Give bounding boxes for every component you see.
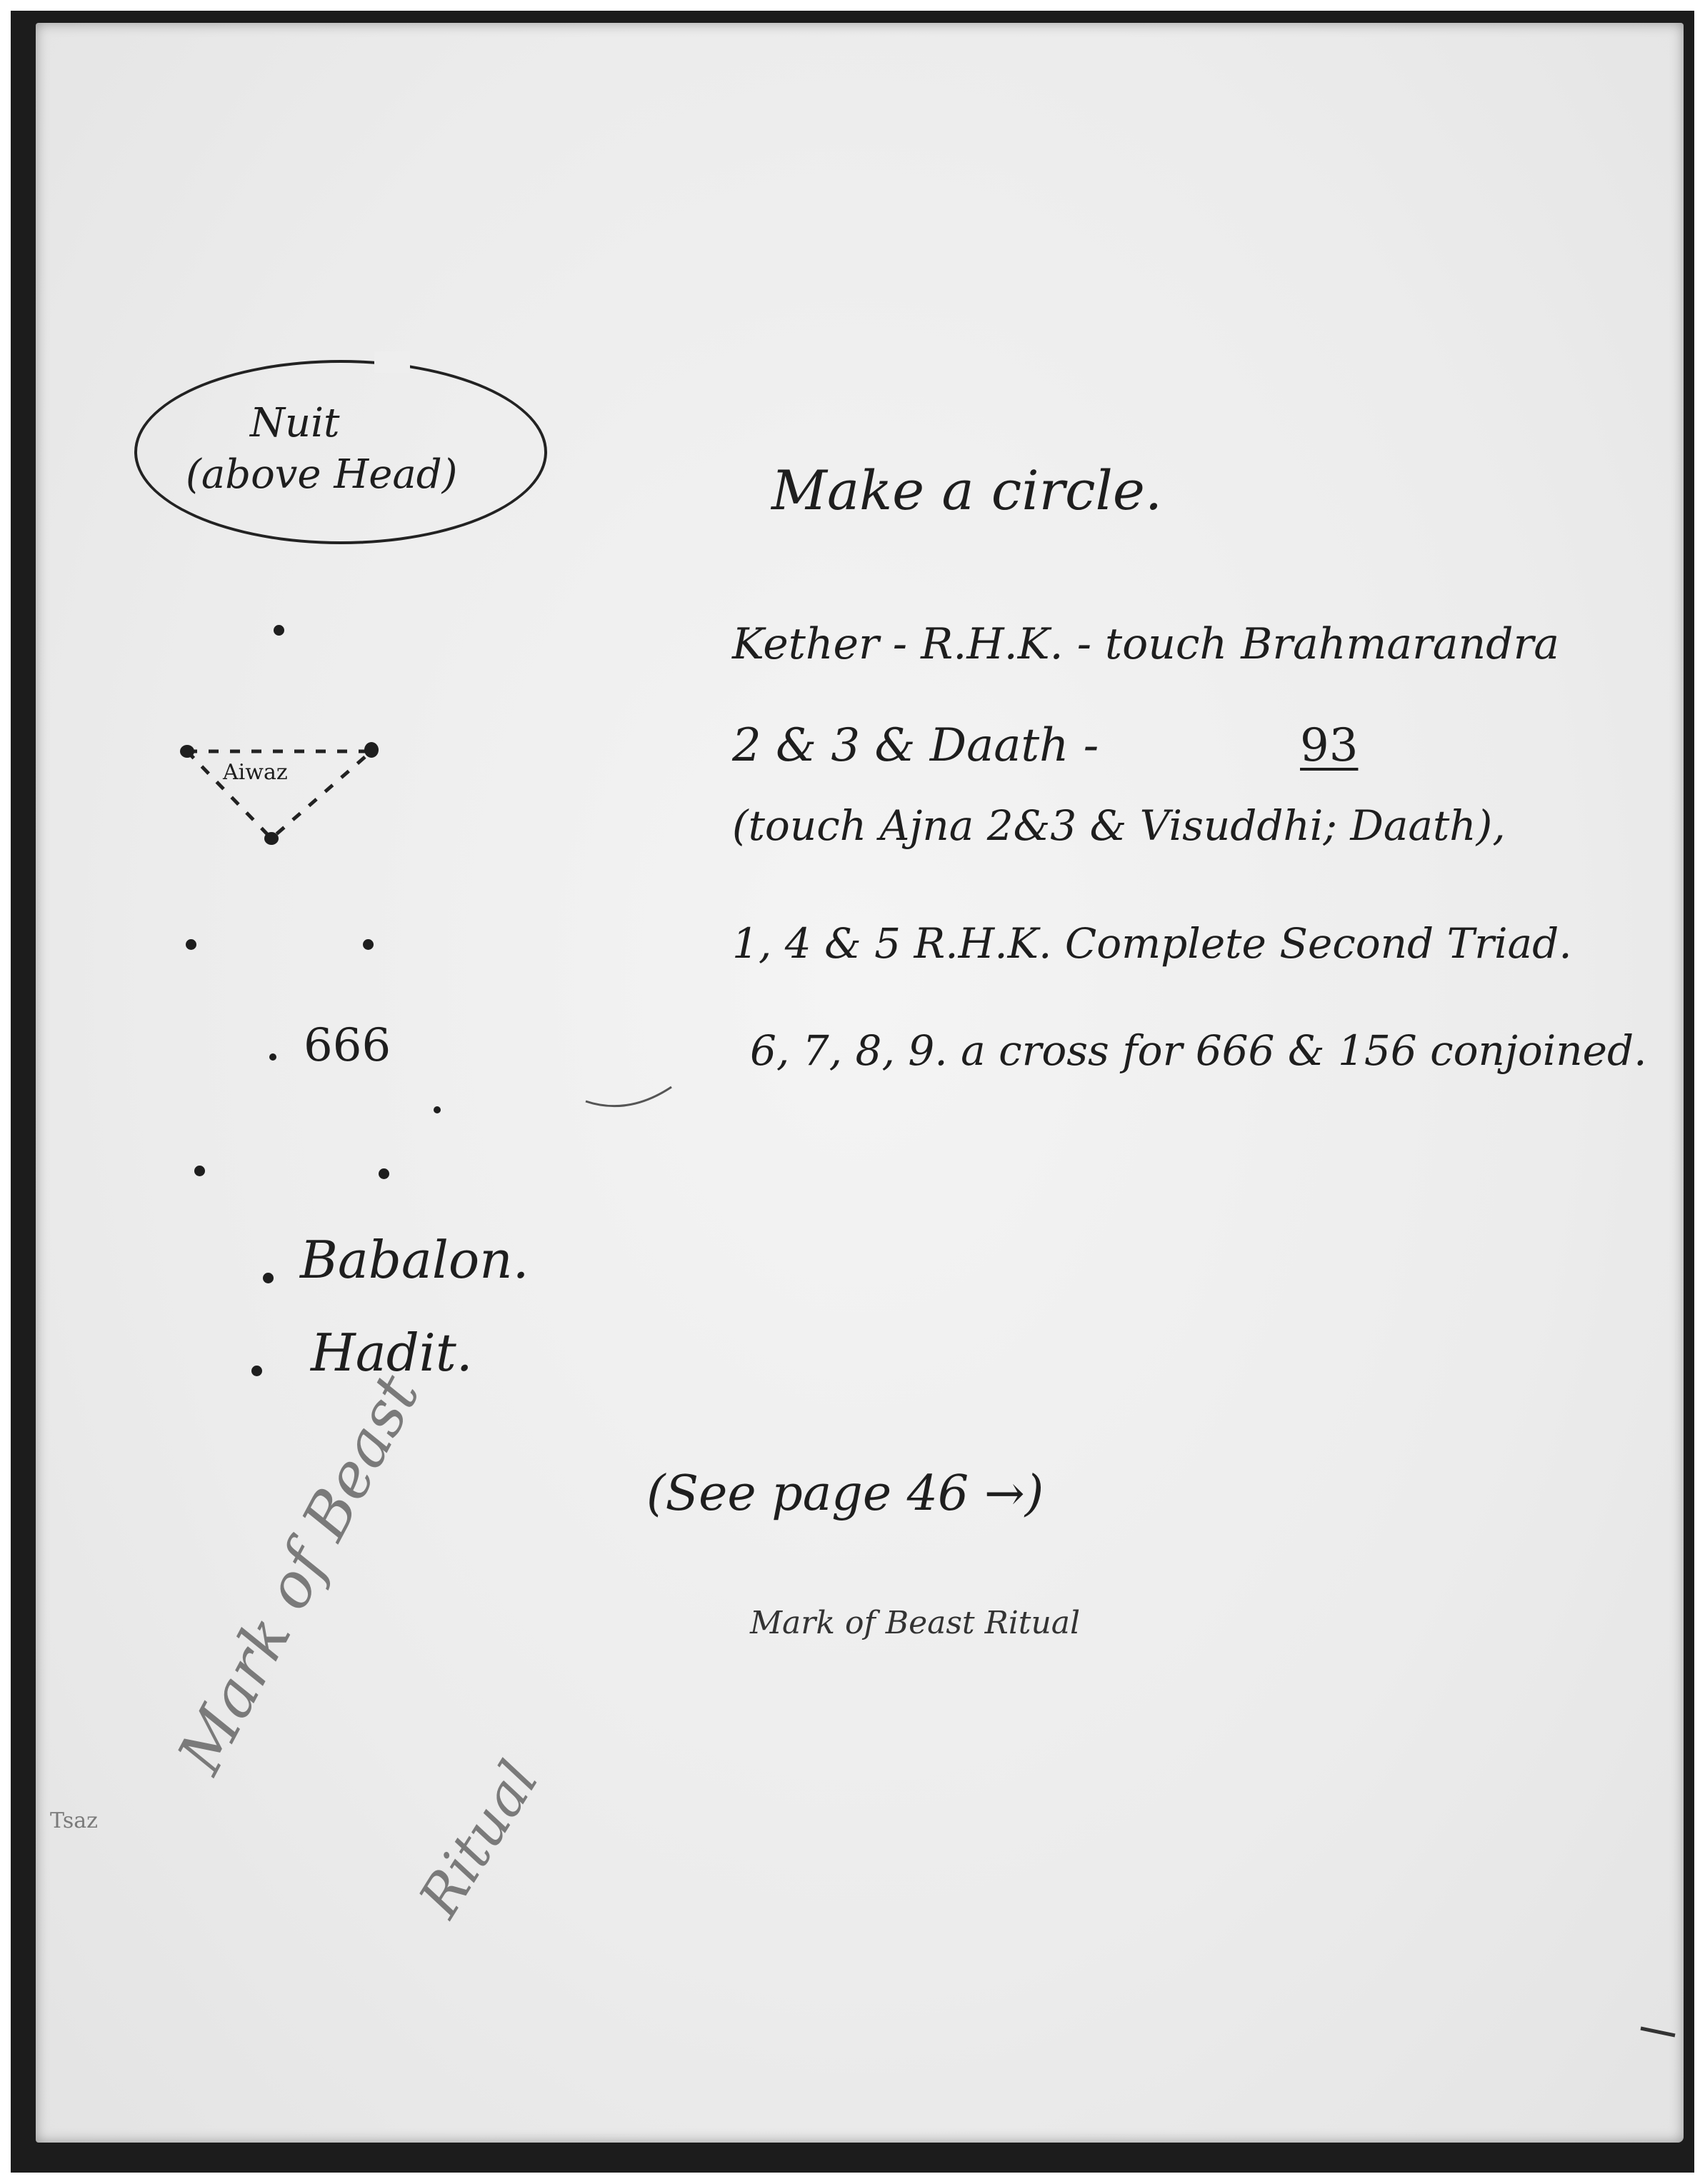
dot-top-left <box>186 939 196 950</box>
hadit-label: Hadit. <box>311 1323 473 1383</box>
line-touch-ajna: (touch Ajna 2&3 & Visuddhi; Daath), <box>732 801 1506 850</box>
line-daath: 2 & 3 & Daath - <box>732 719 1099 772</box>
babalon-label: Babalon. <box>300 1230 529 1290</box>
manuscript-page: Nuit (above Head) Aiwaz 666 Babalon. Had… <box>36 23 1684 2143</box>
babalon-dot <box>263 1273 274 1283</box>
stray-dot <box>434 1106 441 1113</box>
666-label: 666 <box>304 1019 391 1072</box>
see-page-46: (See page 46 →) <box>646 1466 1044 1522</box>
line-kether: Kether - R.H.K. - touch Brahmarandra <box>732 619 1559 669</box>
aiwaz-label: Aiwaz <box>223 760 288 785</box>
number-93: 93 <box>1300 719 1358 772</box>
hadit-dot <box>251 1366 262 1376</box>
center-dot <box>269 1053 276 1061</box>
line-cross-666: 6, 7, 8, 9. a cross for 666 & 156 conjoi… <box>750 1026 1647 1075</box>
aiwaz-triangle <box>36 23 1684 2143</box>
caption-mark-of-beast: Mark of Beast Ritual <box>750 1605 1080 1641</box>
line-second-triad: 1, 4 & 5 R.H.K. Complete Second Triad. <box>732 919 1572 968</box>
heading-make-a-circle: Make a circle. <box>771 459 1162 522</box>
dot-bottom-right <box>379 1168 389 1179</box>
dot-bottom-left <box>194 1166 205 1176</box>
dot-top-right <box>363 939 374 950</box>
pencil-small-note: Tsaz <box>50 1808 98 1833</box>
